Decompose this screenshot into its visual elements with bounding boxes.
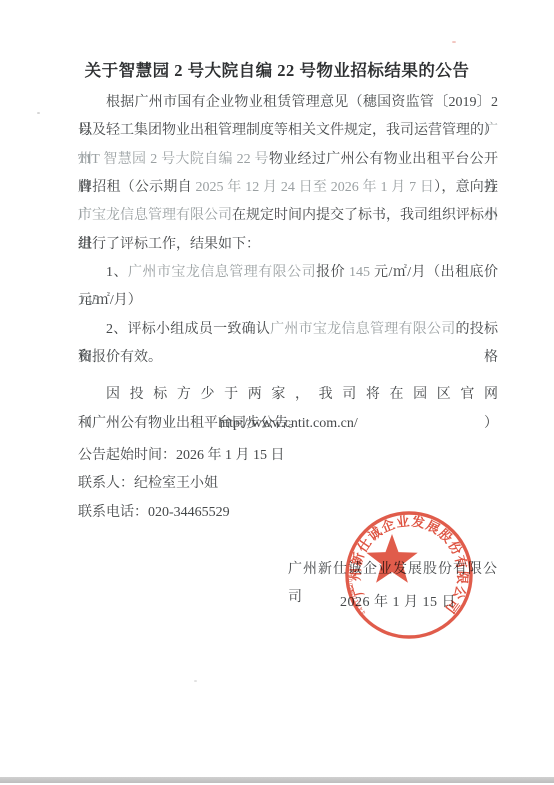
- text-segment: 报价: [316, 265, 349, 280]
- text-segment: 牌招租（公示期自: [78, 180, 196, 195]
- text-segment: 联系人：纪检室王小姐: [78, 476, 218, 491]
- text-segment: 2、评标小组成员一致确认: [106, 322, 270, 337]
- page-bottom-edge: [0, 777, 554, 783]
- body-line: 牌招租（公示期自 2025 年 12 月 24 日至 2026 年 1 月 7 …: [78, 174, 498, 202]
- scan-artifact-speck: [37, 112, 40, 114]
- text-segment: 以及轻工集团物业出租管理制度等相关文件规定，我司运营管理的: [78, 123, 484, 138]
- body-line: 以及轻工集团物业出租管理制度等相关文件规定，我司运营管理的广州: [78, 117, 498, 145]
- body-line: 1、广州市宝龙信息管理有限公司报价 145 元/㎡/月（出租底价 145: [78, 259, 498, 287]
- text-segment: 1、: [106, 265, 128, 280]
- document-page: 关于智慧园 2 号大院自编 22 号物业招标结果的公告 根据广州市国有企业物业租…: [0, 0, 554, 785]
- scan-artifact-speck: [194, 680, 197, 682]
- body-line: 根据广州市国有企业物业租赁管理意见（穗国资监管〔2019〕2 号）: [78, 89, 498, 117]
- scan-artifact-speck: [452, 41, 456, 43]
- text-segment: 进行了评标工作，结果如下：: [78, 237, 260, 252]
- body-line: 元/㎡/月）: [78, 287, 498, 315]
- text-segment: ），意向方: [434, 180, 498, 195]
- body-line: 进行了评标工作，结果如下：: [78, 231, 498, 259]
- seal-ring: [347, 513, 471, 637]
- body-line: 因投标方少于两家，我司将在园区官网（http://www.cntit.com.c…: [78, 381, 498, 409]
- text-segment: 和广州公有物业出租平台同步公告。: [78, 416, 302, 431]
- body-line: TIT 智慧园 2 号大院自编 22 号物业经过广州公有物业出租平台公开自挂: [78, 146, 498, 174]
- body-line-announce-date: 公告起始时间：2026 年 1 月 15 日: [78, 442, 498, 470]
- body-line: 市宝龙信息管理有限公司在规定时间内提交了标书，我司组织评标小组: [78, 202, 498, 230]
- company-seal-stamp: 广州新仕诚企业发展股份有限公司 4401060001077: [341, 507, 477, 645]
- body-line-contact-person: 联系人：纪检室王小姐: [78, 470, 498, 498]
- text-segment: 市宝龙信息管理有限公司: [78, 208, 232, 223]
- text-segment: 元/㎡/月（出租底价: [370, 265, 498, 280]
- text-segment: 广州市宝龙信息管理有限公司: [270, 322, 455, 337]
- body-line: 2、评标小组成员一致确认广州市宝龙信息管理有限公司的投标资格: [78, 316, 498, 344]
- text-segment: 2025 年 12 月 24 日至 2026 年 1 月 7 日: [196, 180, 435, 195]
- document-body: 根据广州市国有企业物业租赁管理意见（穗国资监管〔2019〕2 号） 以及轻工集团…: [78, 89, 498, 527]
- text-segment: 元/㎡/月）: [78, 293, 142, 308]
- text-segment: 联系电话：020-34465529: [78, 505, 230, 520]
- text-segment: 广州市宝龙信息管理有限公司: [128, 265, 316, 280]
- text-segment: 145: [349, 265, 370, 280]
- text-segment: 公告起始时间：2026 年 1 月 15 日: [78, 448, 285, 463]
- text-segment: TIT 智慧园 2 号大院自编 22 号: [78, 152, 269, 167]
- document-title: 关于智慧园 2 号大院自编 22 号物业招标结果的公告: [0, 57, 554, 81]
- text-segment: 和报价有效。: [78, 350, 162, 365]
